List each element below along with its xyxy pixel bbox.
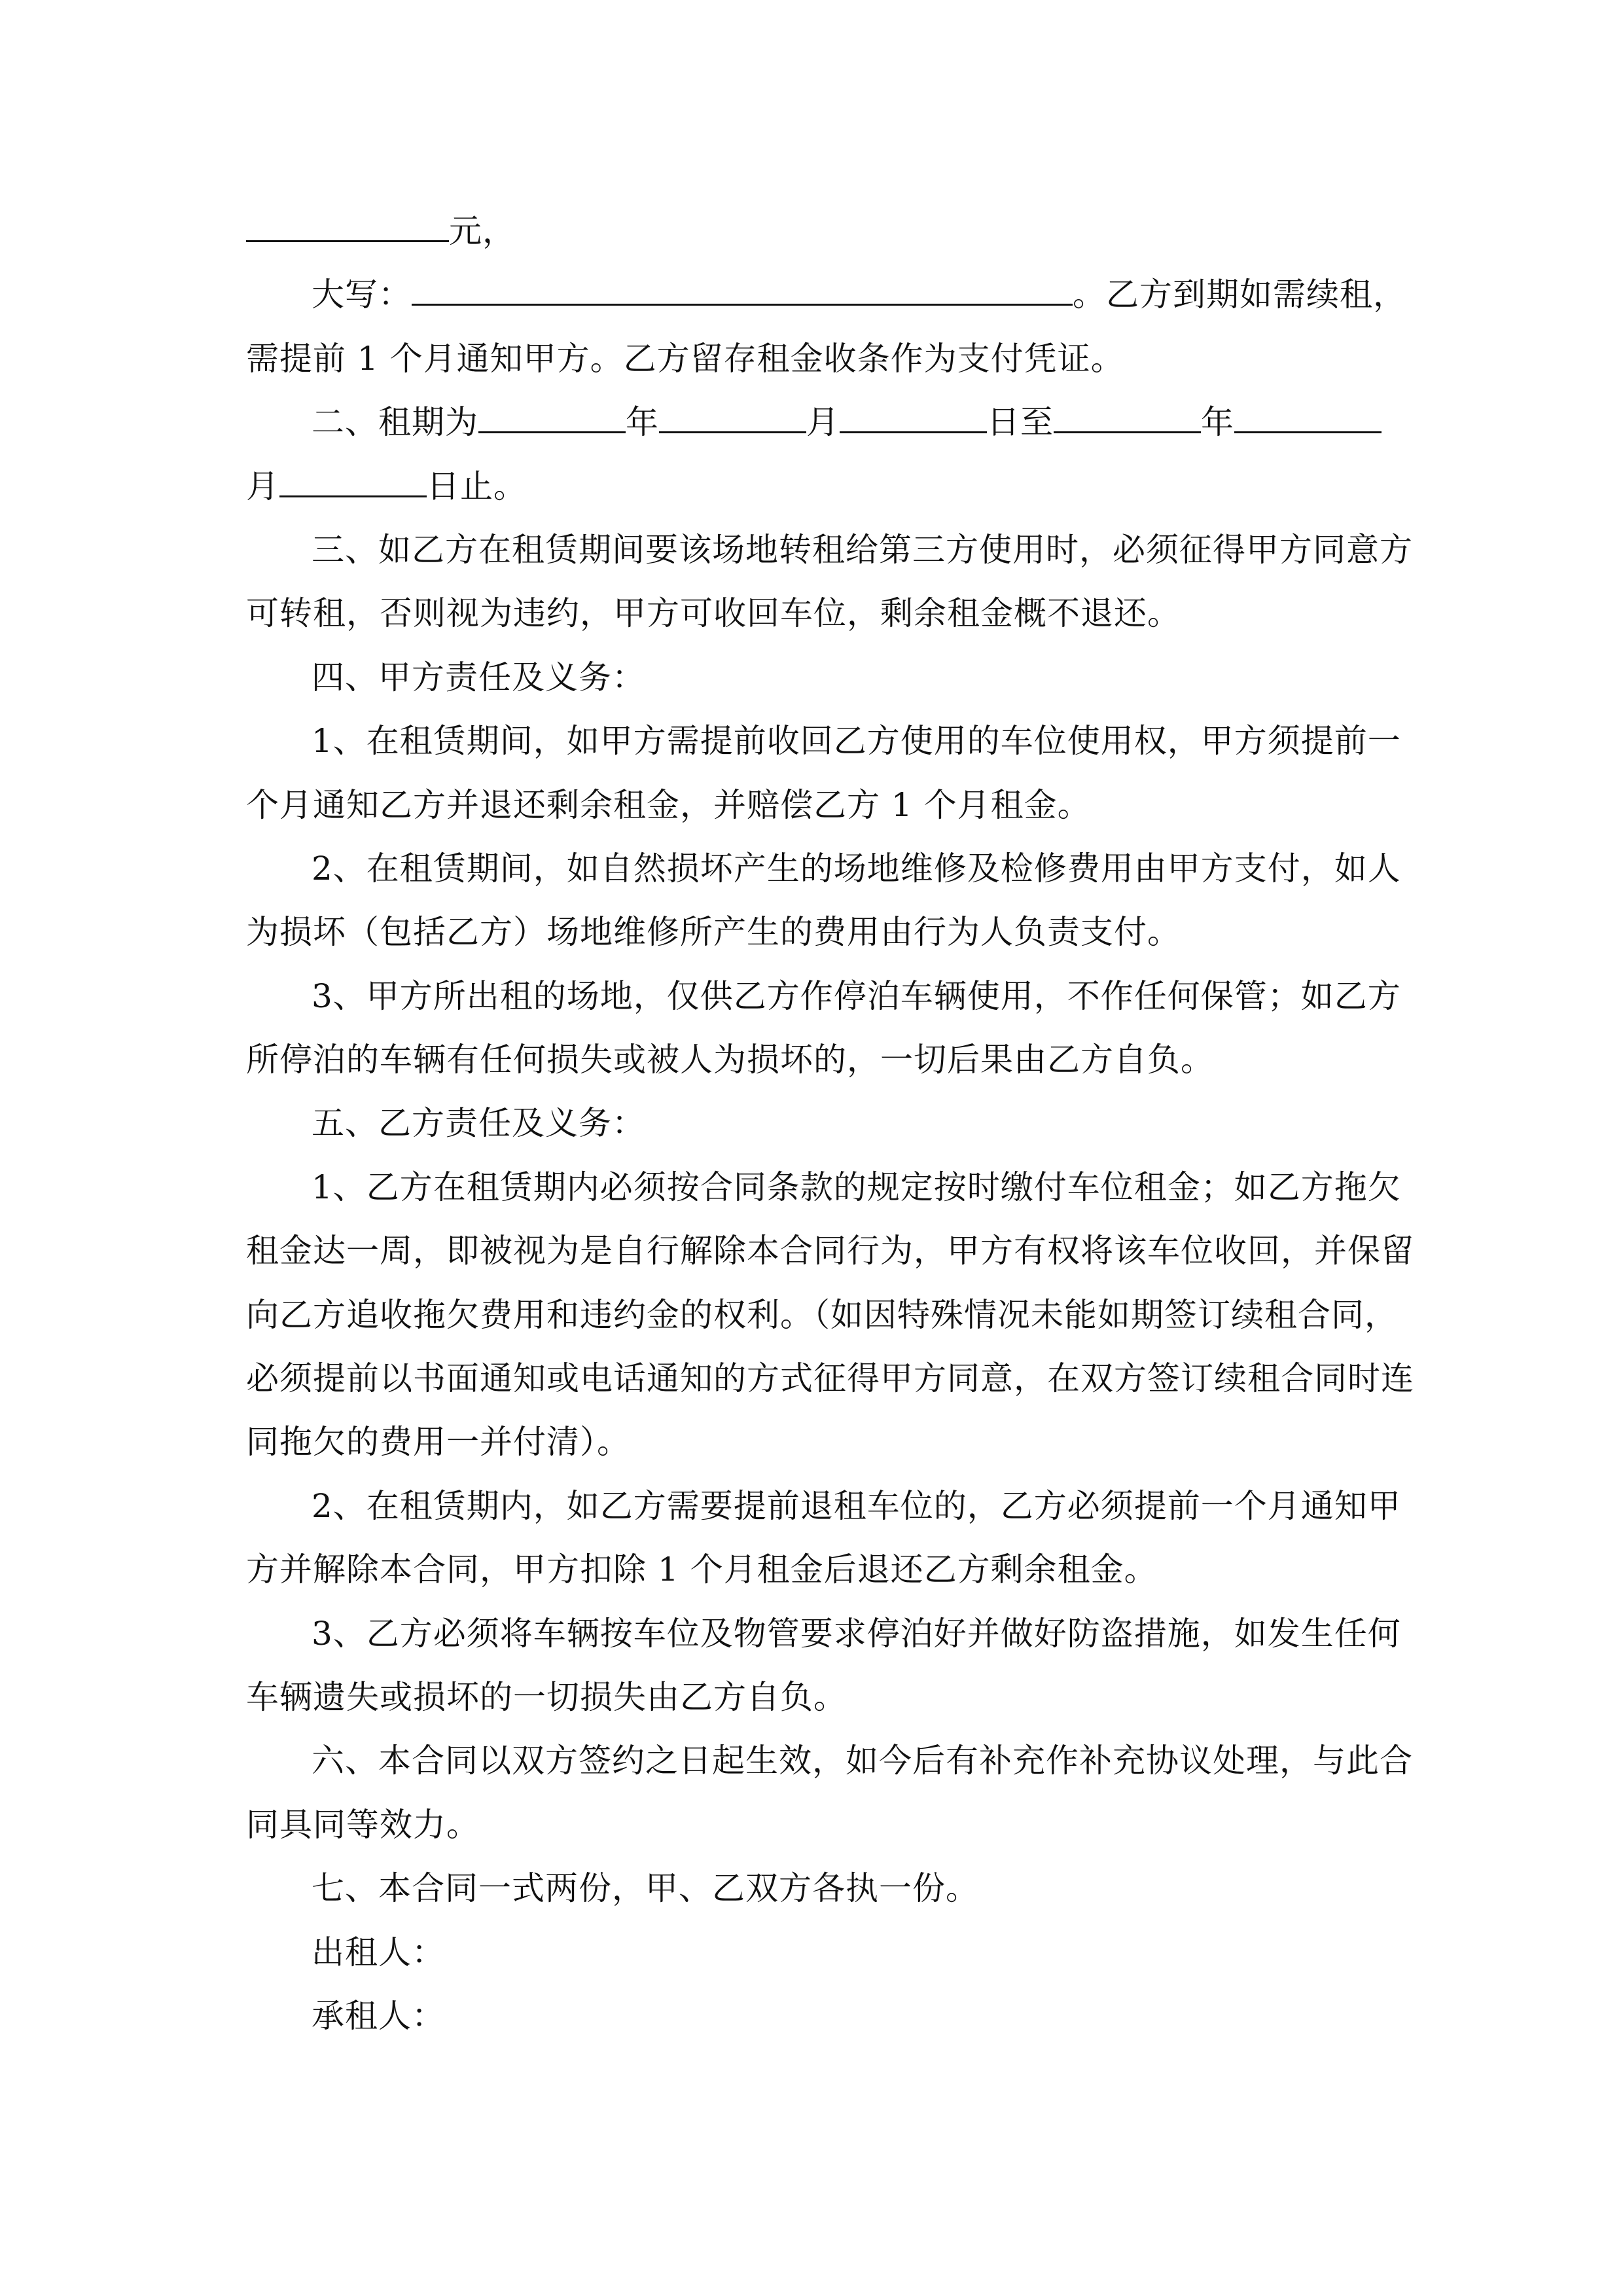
paragraph-line: 七、本合同一式两份，甲、乙双方各执一份。	[246, 1857, 1377, 1920]
paragraph-line: 个月通知乙方并退还剩余租金，并赔偿乙方 1 个月租金。	[246, 774, 1377, 837]
paragraph-line: 1、在租赁期间，如甲方需提前收回乙方使用的车位使用权，甲方须提前一	[246, 709, 1377, 773]
term-label: 二、租期为	[312, 403, 478, 441]
capital-amount-blank[interactable]	[412, 263, 1073, 306]
year-label: 年	[626, 403, 659, 441]
month-label: 月	[806, 403, 840, 441]
paragraph-line: 1、乙方在租赁期内必须按合同条款的规定按时缴付车位租金；如乙方拖欠	[246, 1156, 1377, 1219]
paragraph-line: 需提前 1 个月通知甲方。乙方留存租金收条作为支付凭证。	[246, 327, 1377, 391]
paragraph-line: 可转租，否则视为违约，甲方可收回车位，剩余租金概不退还。	[246, 582, 1377, 645]
day-to-label: 日至	[987, 403, 1054, 441]
end-day-blank[interactable]	[279, 455, 427, 497]
paragraph-line: 2、在租赁期间，如自然损坏产生的场地维修及检修费用由甲方支付，如人	[246, 837, 1377, 901]
paragraph-line: 六、本合同以双方签约之日起生效，如今后有补充作补充协议处理，与此合	[246, 1729, 1377, 1793]
paragraph-line: 出租人：	[246, 1921, 1377, 1984]
paragraph-line: 四、甲方责任及义务：	[246, 646, 1377, 709]
paragraph-line: 方并解除本合同，甲方扣除 1 个月租金后退还乙方剩余租金。	[246, 1538, 1377, 1602]
paragraph-line: 向乙方追收拖欠费用和违约金的权利。（如因特殊情况未能如期签订续租合同，	[246, 1283, 1377, 1347]
term-line: 二、租期为年月日至年	[246, 391, 1377, 454]
paragraph-line: 五、乙方责任及义务：	[246, 1092, 1377, 1155]
year-label: 年	[1201, 403, 1234, 441]
amount-line: 元，	[246, 200, 1377, 263]
paragraph-line: 同拖欠的费用一并付清）。	[246, 1410, 1377, 1474]
clauses: 三、如乙方在租赁期间要该场地转租给第三方使用时，必须征得甲方同意方可转租，否则视…	[246, 518, 1377, 2048]
amount-suffix: 元，	[449, 212, 516, 250]
paragraph-line: 2、在租赁期内，如乙方需要提前退租车位的，乙方必须提前一个月通知甲	[246, 1475, 1377, 1538]
paragraph-line: 承租人：	[246, 1984, 1377, 2048]
document-page: 元， 大写：。乙方到期如需续租， 需提前 1 个月通知甲方。乙方留存租金收条作为…	[246, 200, 1377, 2048]
day-end-label: 日止。	[427, 467, 527, 505]
capital-label: 大写：	[312, 276, 412, 314]
paragraph-line: 所停泊的车辆有任何损失或被人为损坏的，一切后果由乙方自负。	[246, 1028, 1377, 1092]
end-year-blank[interactable]	[1054, 391, 1201, 433]
paragraph-line: 为损坏（包括乙方）场地维修所产生的费用由行为人负责支付。	[246, 901, 1377, 964]
start-day-blank[interactable]	[840, 391, 987, 433]
paragraph-line: 三、如乙方在租赁期间要该场地转租给第三方使用时，必须征得甲方同意方	[246, 518, 1377, 582]
paragraph-line: 3、乙方必须将车辆按车位及物管要求停泊好并做好防盗措施，如发生任何	[246, 1602, 1377, 1666]
paragraph-line: 租金达一周，即被视为是自行解除本合同行为，甲方有权将该车位收回，并保留	[246, 1219, 1377, 1283]
renewal-text: 。乙方到期如需续租，	[1073, 276, 1406, 314]
start-year-blank[interactable]	[478, 391, 626, 433]
capital-amount-line: 大写：。乙方到期如需续租，	[246, 263, 1377, 327]
paragraph-line: 同具同等效力。	[246, 1793, 1377, 1857]
paragraph-line: 必须提前以书面通知或电话通知的方式征得甲方同意，在双方签订续租合同时连	[246, 1347, 1377, 1410]
paragraph-line: 3、甲方所出租的场地，仅供乙方作停泊车辆使用，不作任何保管；如乙方	[246, 965, 1377, 1028]
amount-blank[interactable]	[246, 200, 449, 242]
end-month-blank[interactable]	[1234, 391, 1382, 433]
term-line-2: 月日止。	[246, 455, 1377, 518]
paragraph-line: 车辆遗失或损坏的一切损失由乙方自负。	[246, 1666, 1377, 1729]
start-month-blank[interactable]	[659, 391, 806, 433]
month-label: 月	[246, 467, 279, 505]
